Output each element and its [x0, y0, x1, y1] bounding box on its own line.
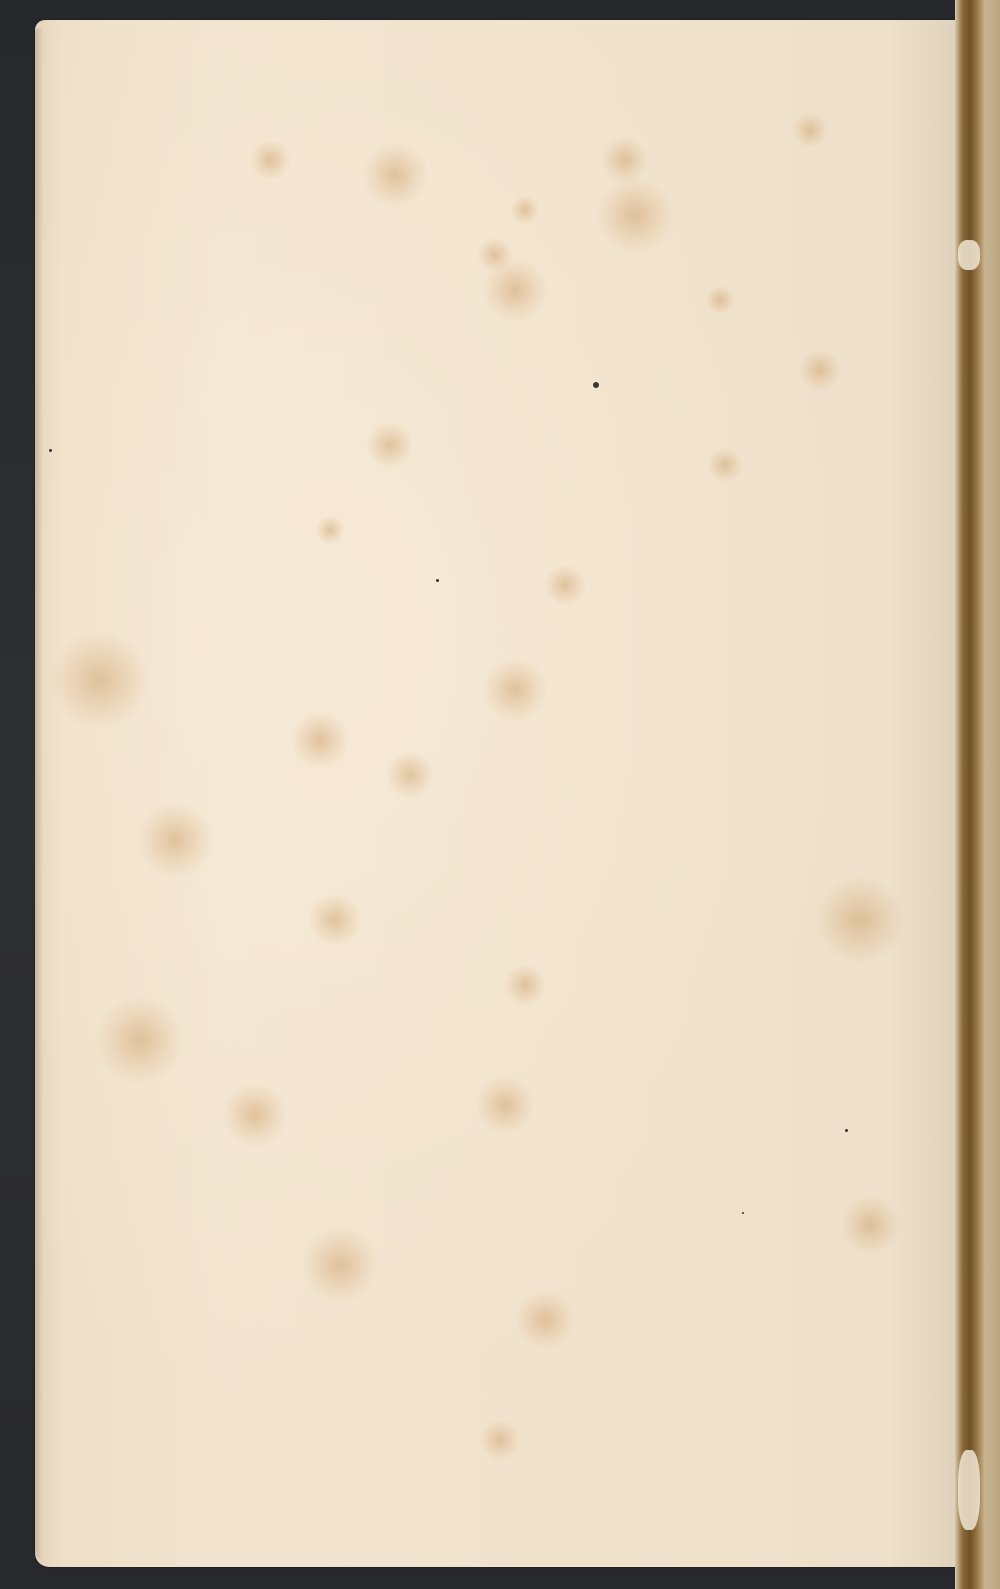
foxing-spot: [792, 112, 828, 148]
foxing-spot: [596, 176, 674, 254]
foxing-spot: [249, 139, 291, 181]
foxing-spot: [290, 710, 350, 770]
foxing-spot: [477, 237, 513, 273]
foxing-spot: [475, 1075, 535, 1135]
ink-speck: [742, 1212, 744, 1214]
foxing-spot: [799, 349, 841, 391]
blank-book-page: [35, 20, 960, 1567]
foxing-spot: [544, 564, 586, 606]
foxing-spot: [482, 657, 548, 723]
spine-tear: [958, 240, 980, 270]
facing-page-edge: [985, 0, 1000, 1589]
foxing-spot: [510, 195, 540, 225]
foxing-spot: [301, 1226, 379, 1304]
foxing-spot: [308, 893, 362, 947]
foxing-spot: [95, 995, 185, 1085]
foxing-spot: [366, 421, 414, 469]
foxing-spot: [222, 1082, 288, 1148]
foxing-spot: [705, 285, 735, 315]
foxing-spot: [479, 1419, 521, 1461]
foxing-spot: [386, 751, 434, 799]
foxing-spot: [504, 964, 546, 1006]
book-spine-edge: [955, 0, 985, 1589]
foxing-spot: [136, 801, 214, 879]
ink-speck: [436, 579, 439, 582]
foxing-spot: [815, 875, 905, 965]
foxing-spot: [315, 515, 345, 545]
foxing-spot: [515, 1290, 575, 1350]
foxing-spot: [362, 142, 428, 208]
ink-speck: [593, 382, 599, 388]
spine-tear: [958, 1450, 980, 1530]
foxing-spot: [49, 629, 151, 731]
foxing-spot: [840, 1195, 900, 1255]
ink-speck: [845, 1129, 848, 1132]
foxing-spot: [707, 447, 743, 483]
ink-speck: [49, 449, 52, 452]
